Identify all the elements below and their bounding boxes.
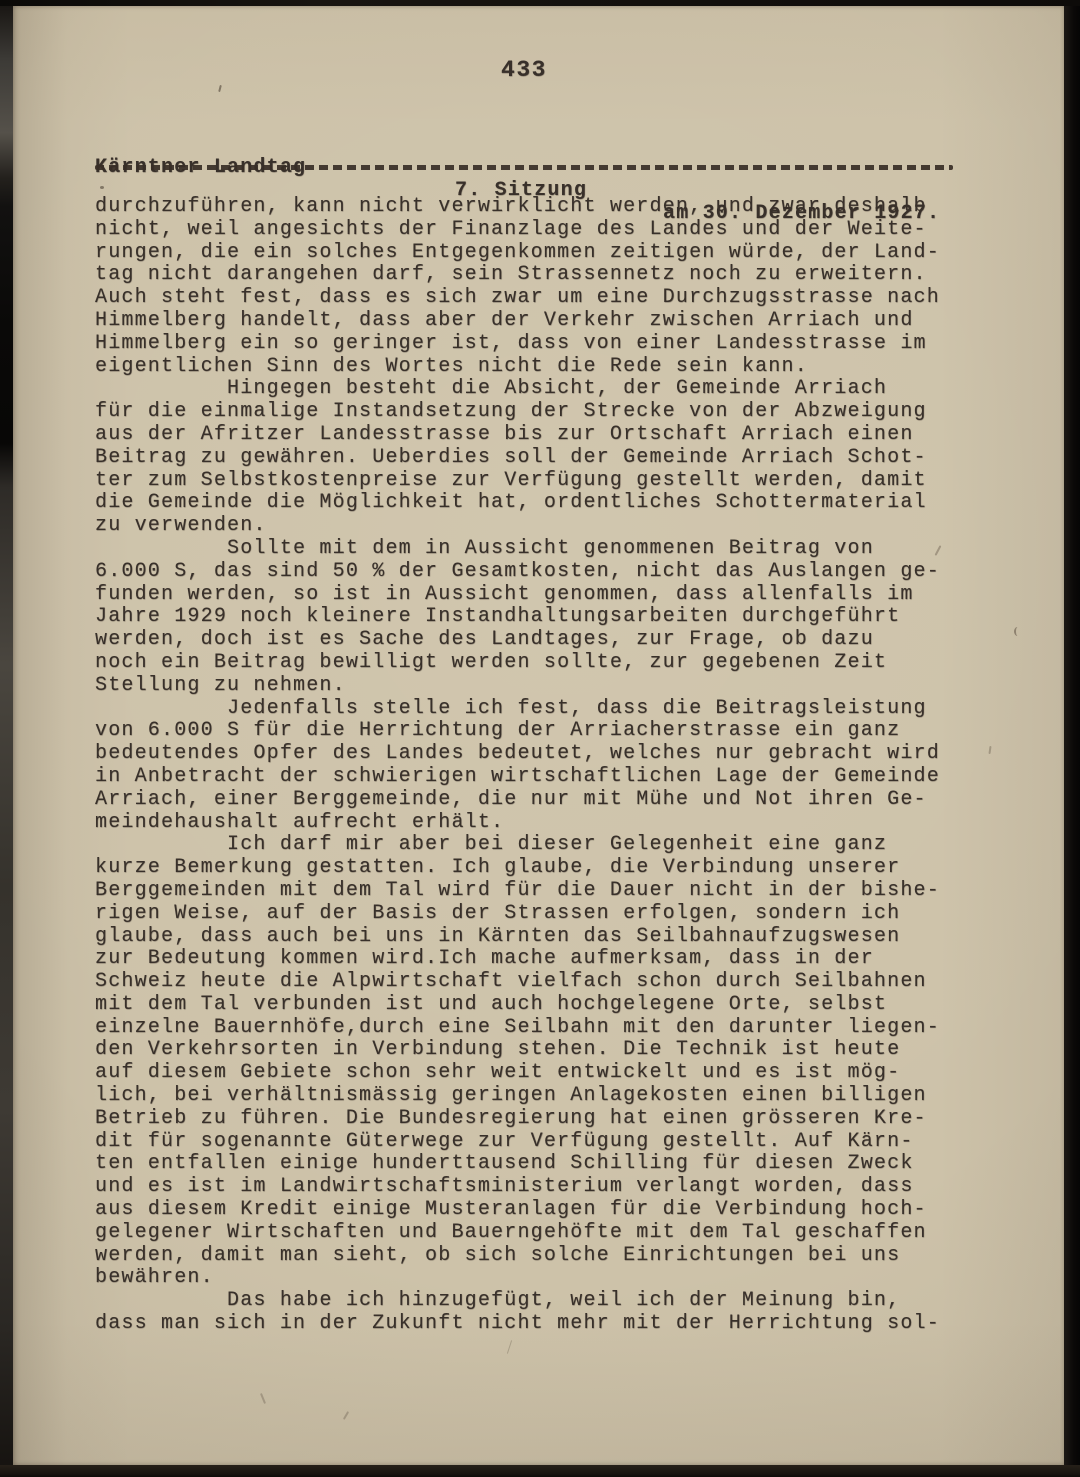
text-line: dit für sogenannte Güterwege zur Verfügu… bbox=[95, 1131, 975, 1154]
text-line: eigentlichen Sinn des Wortes nicht die R… bbox=[95, 356, 975, 379]
text-line: Jedenfalls stelle ich fest, dass die Bei… bbox=[95, 698, 975, 721]
text-line: Sollte mit dem in Aussicht genommenen Be… bbox=[95, 538, 975, 561]
text-line: den Verkehrsorten in Verbindung stehen. … bbox=[95, 1039, 975, 1062]
scan-edge-right bbox=[1064, 0, 1080, 1477]
text-line: tag nicht darangehen darf, sein Strassen… bbox=[95, 264, 975, 287]
header-divider-dashed bbox=[95, 165, 953, 170]
text-line: noch ein Beitrag bewilligt werden sollte… bbox=[95, 652, 975, 675]
text-line: funden werden, so ist in Aussicht genomm… bbox=[95, 584, 975, 607]
text-line: Berggemeinden mit dem Tal wird für die D… bbox=[95, 880, 975, 903]
text-line: nicht, weil angesichts der Finanzlage de… bbox=[95, 219, 975, 242]
text-line: Himmelberg handelt, dass aber der Verkeh… bbox=[95, 310, 975, 333]
paper-sheet: 433 Kärntner Landtag 7. Sitzung am 30. D… bbox=[12, 5, 1065, 1466]
text-line: meindehaushalt aufrecht erhält. bbox=[95, 812, 975, 835]
scan-edge-left bbox=[0, 0, 13, 1477]
text-line: glaube, dass auch bei uns in Kärnten das… bbox=[95, 926, 975, 949]
text-line: zur Bedeutung kommen wird.Ich mache aufm… bbox=[95, 948, 975, 971]
scan-speck bbox=[100, 186, 104, 189]
scan-speck bbox=[343, 1411, 349, 1420]
scan-speck bbox=[507, 1340, 512, 1354]
text-line: kurze Bemerkung gestatten. Ich glaube, d… bbox=[95, 857, 975, 880]
text-line: Ich darf mir aber bei dieser Gelegenheit… bbox=[95, 834, 975, 857]
text-line: werden, damit man sieht, ob sich solche … bbox=[95, 1245, 975, 1268]
document-body-text: durchzuführen, kann nicht verwirklicht w… bbox=[95, 196, 975, 1336]
text-line: die Gemeinde die Möglichkeit hat, ordent… bbox=[95, 492, 975, 515]
text-line: zu verwenden. bbox=[95, 515, 975, 538]
text-line: werden, doch ist es Sache des Landtages,… bbox=[95, 629, 975, 652]
text-line: und es ist im Landwirtschaftsministerium… bbox=[95, 1176, 975, 1199]
text-line: aus diesem Kredit einige Musteranlagen f… bbox=[95, 1199, 975, 1222]
scan-speck bbox=[218, 85, 222, 92]
text-line: in Anbetracht der schwierigen wirtschaft… bbox=[95, 766, 975, 789]
text-line: ter zum Selbstkostenpreise zur Verfügung… bbox=[95, 470, 975, 493]
text-line: Arriach, einer Berggemeinde, die nur mit… bbox=[95, 789, 975, 812]
text-line: Hingegen besteht die Absicht, der Gemein… bbox=[95, 378, 975, 401]
session-header: Kärntner Landtag 7. Sitzung am 30. Dezem… bbox=[95, 133, 965, 159]
text-line: bewähren. bbox=[95, 1267, 975, 1290]
scan-edge-top bbox=[0, 0, 1080, 6]
text-line: auf diesem Gebiete schon sehr weit entwi… bbox=[95, 1062, 975, 1085]
text-line: Himmelberg ein so geringer ist, dass von… bbox=[95, 333, 975, 356]
text-line: Beitrag zu gewähren. Ueberdies soll der … bbox=[95, 447, 975, 470]
text-line: Das habe ich hinzugefügt, weil ich der M… bbox=[95, 1290, 975, 1313]
text-line: Stellung zu nehmen. bbox=[95, 675, 975, 698]
text-line: mit dem Tal verbunden ist und auch hochg… bbox=[95, 994, 975, 1017]
text-line: lich, bei verhältnismässig geringen Anla… bbox=[95, 1085, 975, 1108]
scanned-document-page: 433 Kärntner Landtag 7. Sitzung am 30. D… bbox=[0, 0, 1080, 1477]
text-line: dass man sich in der Zukunft nicht mehr … bbox=[95, 1313, 975, 1336]
text-line: Jahre 1929 noch kleinere Instandhaltungs… bbox=[95, 606, 975, 629]
text-line: bedeutendes Opfer des Landes bedeutet, w… bbox=[95, 743, 975, 766]
scan-speck bbox=[260, 1393, 266, 1404]
scan-speck bbox=[1014, 627, 1021, 636]
text-line: von 6.000 S für die Herrichtung der Arri… bbox=[95, 720, 975, 743]
text-line: einzelne Bauernhöfe,durch eine Seilbahn … bbox=[95, 1017, 975, 1040]
scan-speck bbox=[988, 746, 991, 754]
text-line: Auch steht fest, dass es sich zwar um ei… bbox=[95, 287, 975, 310]
scan-edge-bottom bbox=[0, 1465, 1080, 1477]
text-line: für die einmalige Instandsetzung der Str… bbox=[95, 401, 975, 424]
text-line: rungen, die ein solches Entgegenkommen z… bbox=[95, 242, 975, 265]
text-line: ten entfallen einige hunderttausend Schi… bbox=[95, 1153, 975, 1176]
text-line: aus der Afritzer Landesstrasse bis zur O… bbox=[95, 424, 975, 447]
text-line: 6.000 S, das sind 50 % der Gesamtkosten,… bbox=[95, 561, 975, 584]
text-line: Schweiz heute die Alpwirtschaft vielfach… bbox=[95, 971, 975, 994]
page-number: 433 bbox=[95, 57, 953, 83]
text-line: rigen Weise, auf der Basis der Strassen … bbox=[95, 903, 975, 926]
text-line: durchzuführen, kann nicht verwirklicht w… bbox=[95, 196, 975, 219]
text-line: Betrieb zu führen. Die Bundesregierung h… bbox=[95, 1108, 975, 1131]
text-line: gelegener Wirtschaften und Bauerngehöfte… bbox=[95, 1222, 975, 1245]
